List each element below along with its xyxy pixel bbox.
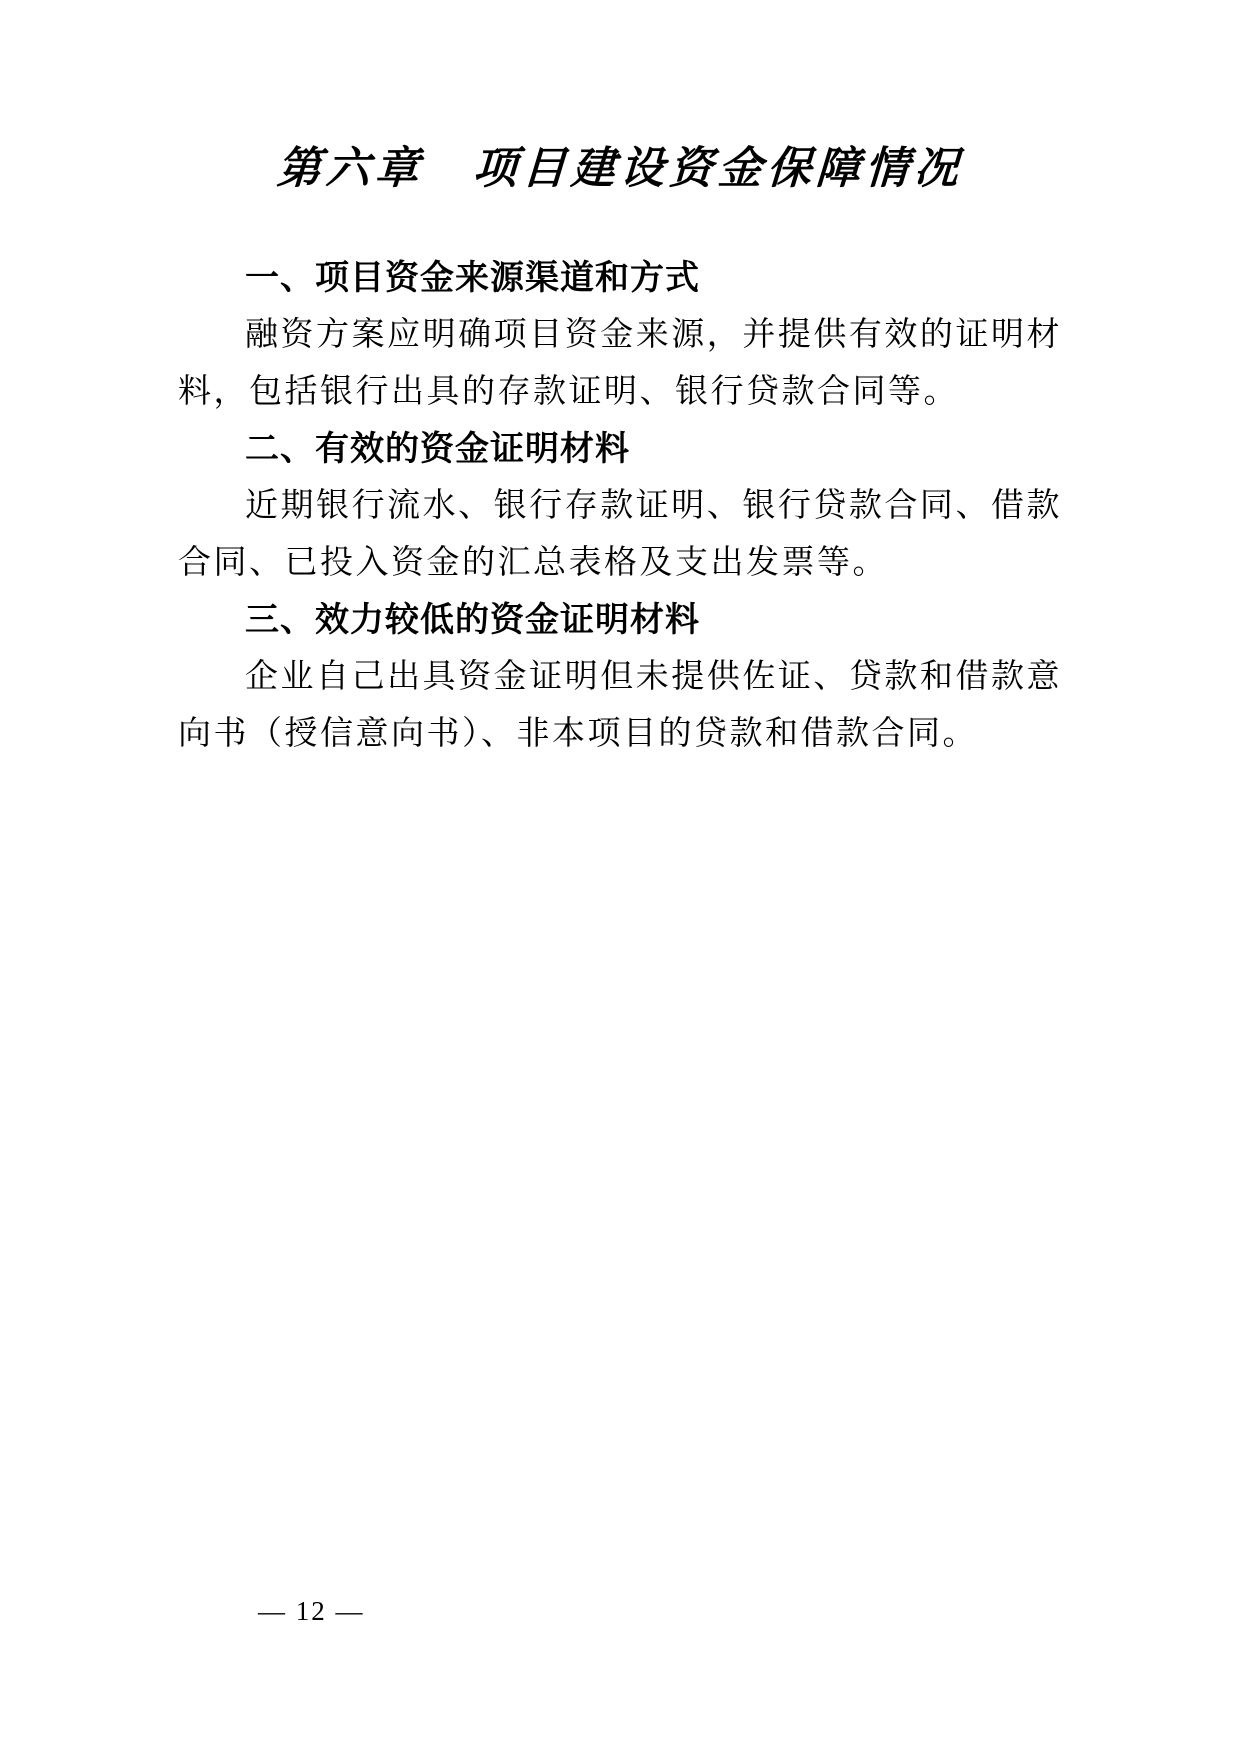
page-number: — 12 — [258,1596,365,1627]
section-2-heading: 二、有效的资金证明材料 [178,421,1062,478]
document-body: 一、项目资金来源渠道和方式 融资方案应明确项目资金来源，并提供有效的证明材料，包… [178,250,1062,763]
document-page: 第六章 项目建设资金保障情况 一、项目资金来源渠道和方式 融资方案应明确项目资金… [0,0,1240,1753]
section-2: 二、有效的资金证明材料 近期银行流水、银行存款证明、银行贷款合同、借款合同、已投… [178,421,1062,592]
section-1: 一、项目资金来源渠道和方式 融资方案应明确项目资金来源，并提供有效的证明材料，包… [178,250,1062,421]
section-2-paragraph: 近期银行流水、银行存款证明、银行贷款合同、借款合同、已投入资金的汇总表格及支出发… [178,478,1062,592]
chapter-title: 第六章 项目建设资金保障情况 [0,138,1240,200]
section-1-paragraph: 融资方案应明确项目资金来源，并提供有效的证明材料，包括银行出具的存款证明、银行贷… [178,307,1062,421]
section-3: 三、效力较低的资金证明材料 企业自己出具资金证明但未提供佐证、贷款和借款意向书（… [178,592,1062,763]
section-1-heading: 一、项目资金来源渠道和方式 [178,250,1062,307]
section-3-heading: 三、效力较低的资金证明材料 [178,592,1062,649]
section-3-paragraph: 企业自己出具资金证明但未提供佐证、贷款和借款意向书（授信意向书）、非本项目的贷款… [178,649,1062,763]
